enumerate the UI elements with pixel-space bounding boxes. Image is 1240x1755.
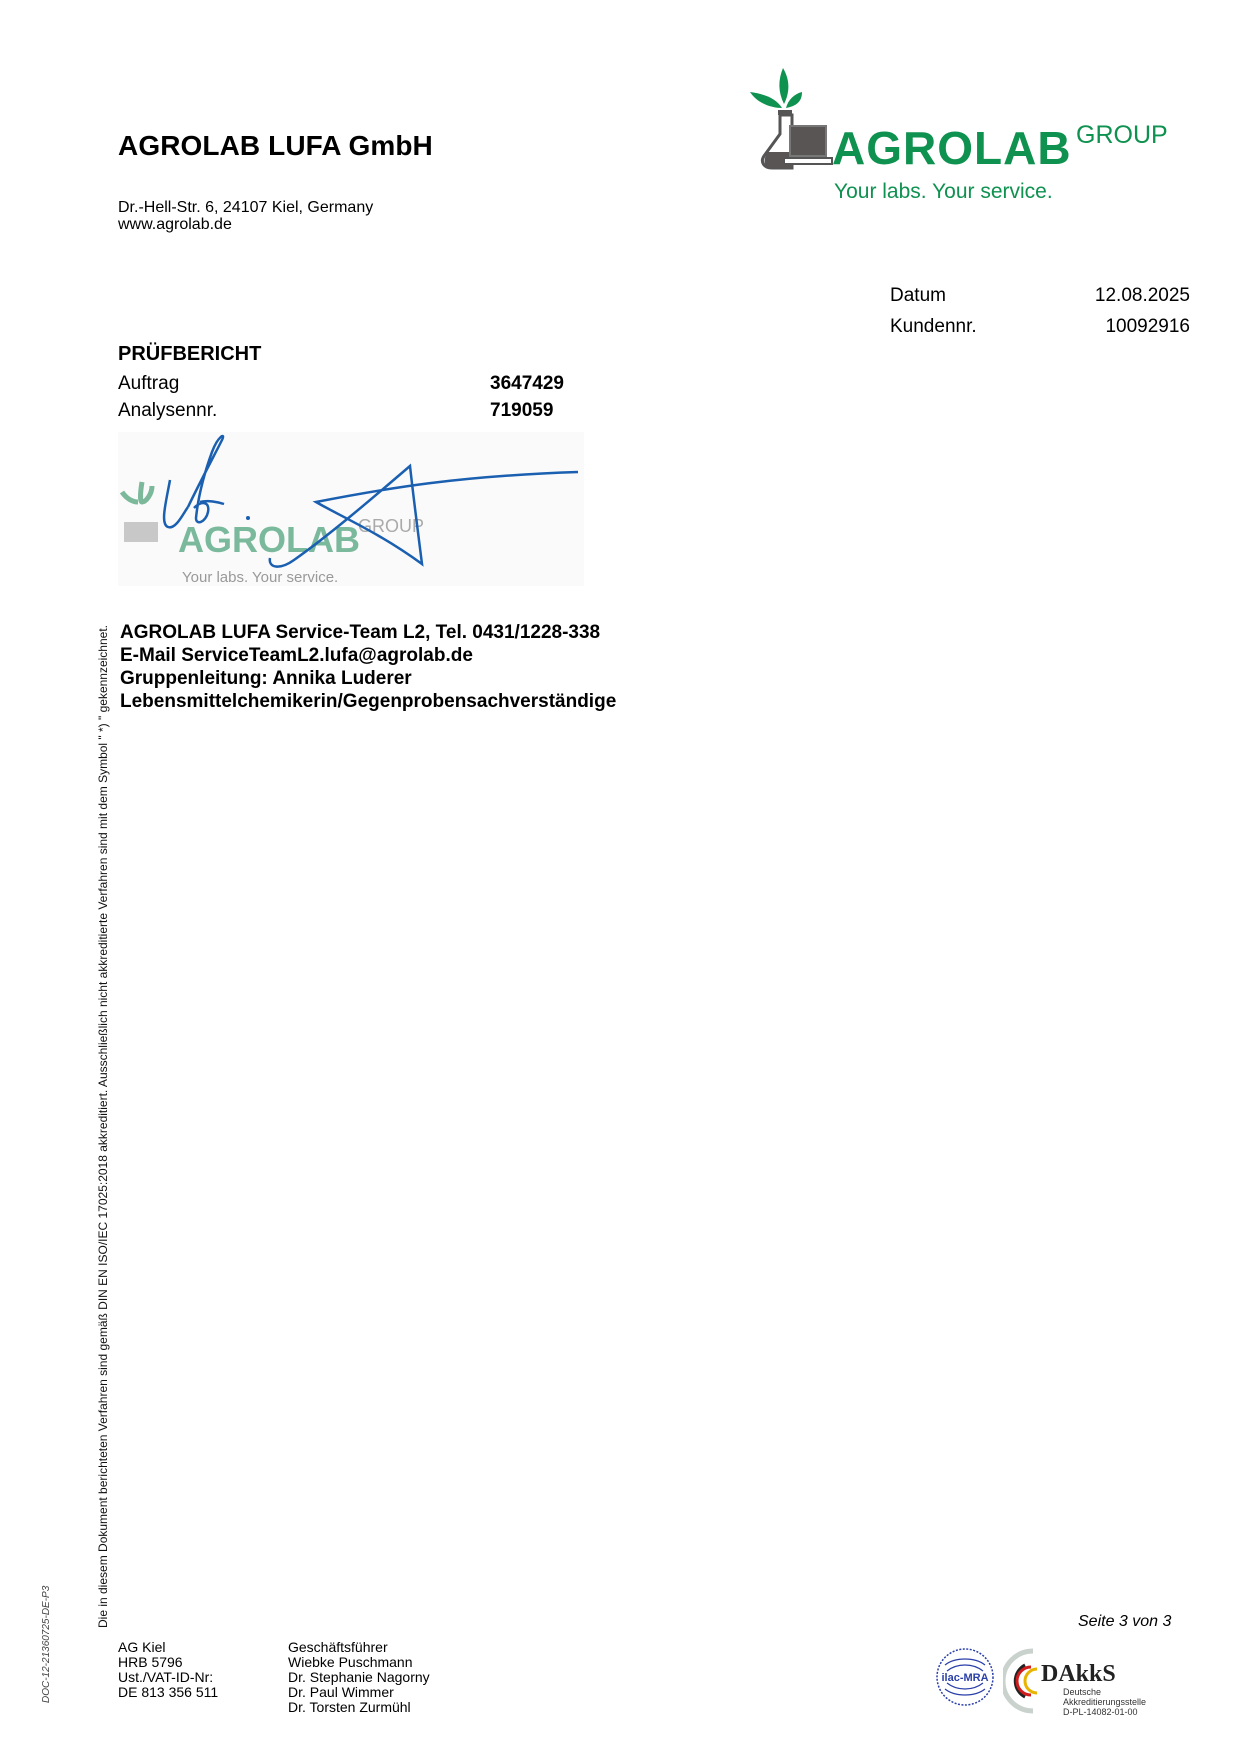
footer-court: AG Kiel [118, 1640, 218, 1655]
service-team-line: AGROLAB LUFA Service-Team L2, Tel. 0431/… [120, 621, 616, 644]
dakks-accreditation-id: D-PL-14082-01-00 [1063, 1707, 1146, 1717]
date-value: 12.08.2025 [1095, 285, 1190, 316]
footer-vat-number: DE 813 356 511 [118, 1685, 218, 1700]
report-identifiers: Auftrag 3647429 Analysennr. 719059 [118, 373, 564, 427]
accreditation-side-note: Die in diesem Dokument berichteten Verfa… [96, 625, 110, 1628]
signature-stamp: AGROLAB GROUP Your labs. Your service. [118, 432, 584, 586]
dakks-caption-line1: Deutsche [1063, 1687, 1146, 1697]
analysis-row: Analysennr. 719059 [118, 400, 564, 427]
agrolab-logo: AGROLAB GROUP Your labs. Your service. [750, 66, 1190, 216]
logo-group-text: GROUP [1076, 121, 1168, 150]
contact-block: AGROLAB LUFA Service-Team L2, Tel. 0431/… [120, 621, 616, 713]
order-label: Auftrag [118, 373, 490, 400]
footer-vat-label: Ust./VAT-ID-Nr: [118, 1670, 218, 1685]
svg-text:GROUP: GROUP [358, 516, 424, 536]
group-lead-line: Gruppenleitung: Annika Luderer [120, 667, 616, 690]
customer-number-value: 10092916 [1105, 316, 1190, 347]
document-id: DOC-12-21360725-DE-P3 [41, 1586, 52, 1703]
company-address: Dr.-Hell-Str. 6, 24107 Kiel, Germany [118, 199, 373, 216]
dakks-caption-line2: Akkreditierungsstelle [1063, 1697, 1146, 1707]
signature-image: AGROLAB GROUP Your labs. Your service. [118, 432, 584, 586]
footer-hrb: HRB 5796 [118, 1655, 218, 1670]
dakks-logo: DAkkS Deutsche Akkreditierungsstelle D-P… [1003, 1647, 1183, 1715]
ilac-mra-icon: ilac-MRA [935, 1647, 995, 1707]
email-line: E-Mail ServiceTeamL2.lufa@agrolab.de [120, 644, 616, 667]
footer-manager: Dr. Torsten Zurmühl [288, 1700, 430, 1715]
footer-manager: Dr. Stephanie Nagorny [288, 1670, 430, 1685]
role-line: Lebensmittelchemikerin/Gegenprobensachve… [120, 690, 616, 713]
logo-tagline: Your labs. Your service. [834, 180, 1053, 204]
flask-laptop-icon [750, 66, 840, 176]
report-meta: Datum 12.08.2025 Kundennr. 10092916 [890, 285, 1190, 347]
svg-text:AGROLAB: AGROLAB [178, 519, 360, 560]
dakks-caption: Deutsche Akkreditierungsstelle D-PL-1408… [1063, 1687, 1146, 1717]
footer-management: Geschäftsführer Wiebke Puschmann Dr. Ste… [288, 1640, 430, 1715]
logo-wordmark: AGROLAB [832, 121, 1072, 175]
footer-manager: Dr. Paul Wimmer [288, 1685, 430, 1700]
order-row: Auftrag 3647429 [118, 373, 564, 400]
company-name: AGROLAB LUFA GmbH [118, 130, 433, 162]
footer-manager: Wiebke Puschmann [288, 1655, 430, 1670]
svg-text:Your labs. Your service.: Your labs. Your service. [182, 569, 338, 586]
report-title: PRÜFBERICHT [118, 343, 261, 366]
footer-management-title: Geschäftsführer [288, 1640, 430, 1655]
svg-text:ilac-MRA: ilac-MRA [941, 1672, 988, 1684]
page-indicator: Seite 3 von 3 [1078, 1613, 1171, 1631]
date-row: Datum 12.08.2025 [890, 285, 1190, 316]
analysis-value: 719059 [490, 400, 553, 427]
order-value: 3647429 [490, 373, 564, 400]
customer-number-label: Kundennr. [890, 316, 977, 347]
footer-registration: AG Kiel HRB 5796 Ust./VAT-ID-Nr: DE 813 … [118, 1640, 218, 1700]
company-website: www.agrolab.de [118, 216, 373, 233]
ilac-mra-logo: ilac-MRA [935, 1647, 995, 1707]
analysis-label: Analysennr. [118, 400, 490, 427]
dakks-wordmark: DAkkS [1041, 1661, 1116, 1688]
company-address-block: Dr.-Hell-Str. 6, 24107 Kiel, Germany www… [118, 199, 373, 233]
date-label: Datum [890, 285, 946, 316]
customer-number-row: Kundennr. 10092916 [890, 316, 1190, 347]
